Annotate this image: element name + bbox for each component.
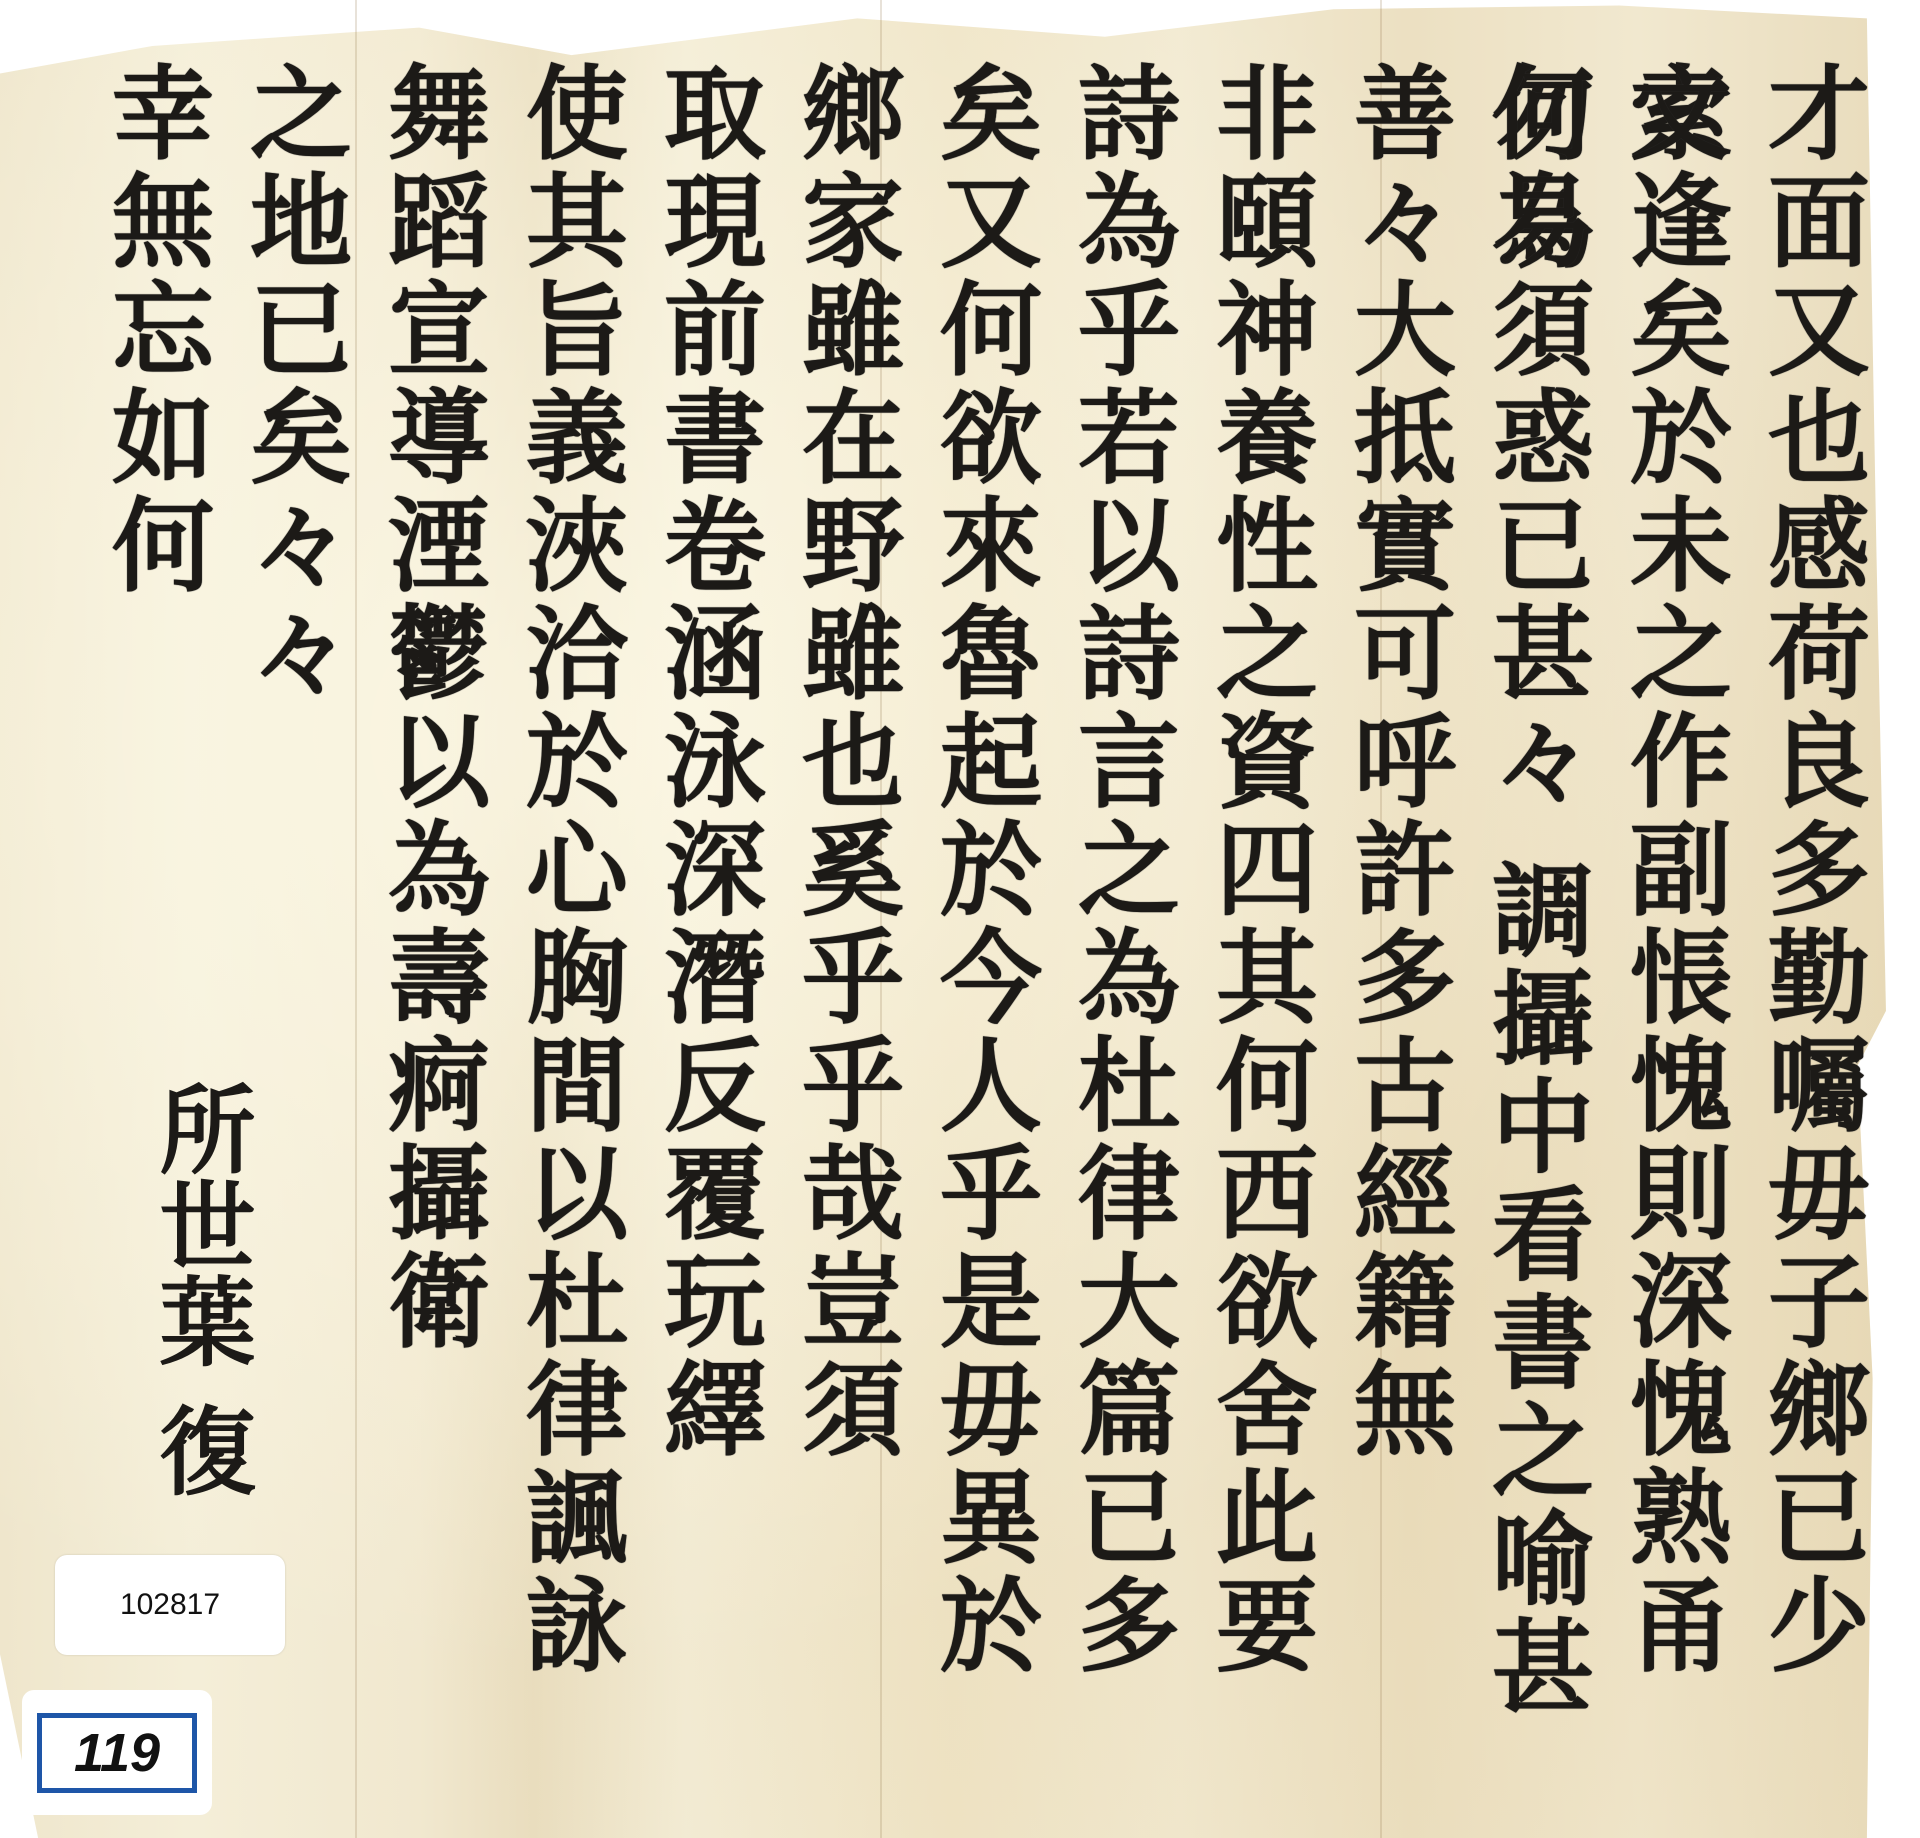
text-column-8: 鄉家雖在野雖也奚乎乎哉豈須	[776, 60, 914, 1780]
text-column-13: 幸無忘如何	[86, 60, 224, 1780]
text-column-11: 舞蹈宣導湮鬱以為壽痾攝衛	[362, 60, 500, 1780]
text-columns: 才面又也感荷良多勤囑毋子鄉已少文 索逢矣於未之作副悵愧則深愧熟甬何易 勿為須惑已…	[86, 60, 1880, 1780]
text-column-12: 之地已矣々々	[224, 60, 362, 1780]
text-column-6: 詩為乎若以詩言之為杜律大篇已多矣	[1052, 60, 1190, 1780]
text-column-9: 取現前書卷涵泳深潛反覆玩繹	[638, 60, 776, 1780]
signature: 所世葉 復	[145, 1080, 255, 1497]
text-column-7: 矣又何欲來魯起於今人乎是毋異於	[914, 60, 1052, 1780]
text-column-5: 非頤神養性之資四其何西欲舍此要	[1190, 60, 1328, 1780]
item-number: 119	[37, 1713, 197, 1793]
text-column-3: 勿為須惑已甚々 調攝中看書之喻甚	[1466, 60, 1604, 1780]
text-column-2: 索逢矣於未之作副悵愧則深愧熟甬何易	[1604, 60, 1742, 1780]
catalog-id-label: 102817	[55, 1555, 285, 1655]
text-column-4: 善々大抵實可呼許多古經籍無	[1328, 60, 1466, 1780]
text-column-10: 使其旨義浹洽於心胸間以杜律諷詠	[500, 60, 638, 1780]
item-number-label: 119	[22, 1690, 212, 1815]
text-column-1: 才面又也感荷良多勤囑毋子鄉已少文	[1742, 60, 1880, 1780]
